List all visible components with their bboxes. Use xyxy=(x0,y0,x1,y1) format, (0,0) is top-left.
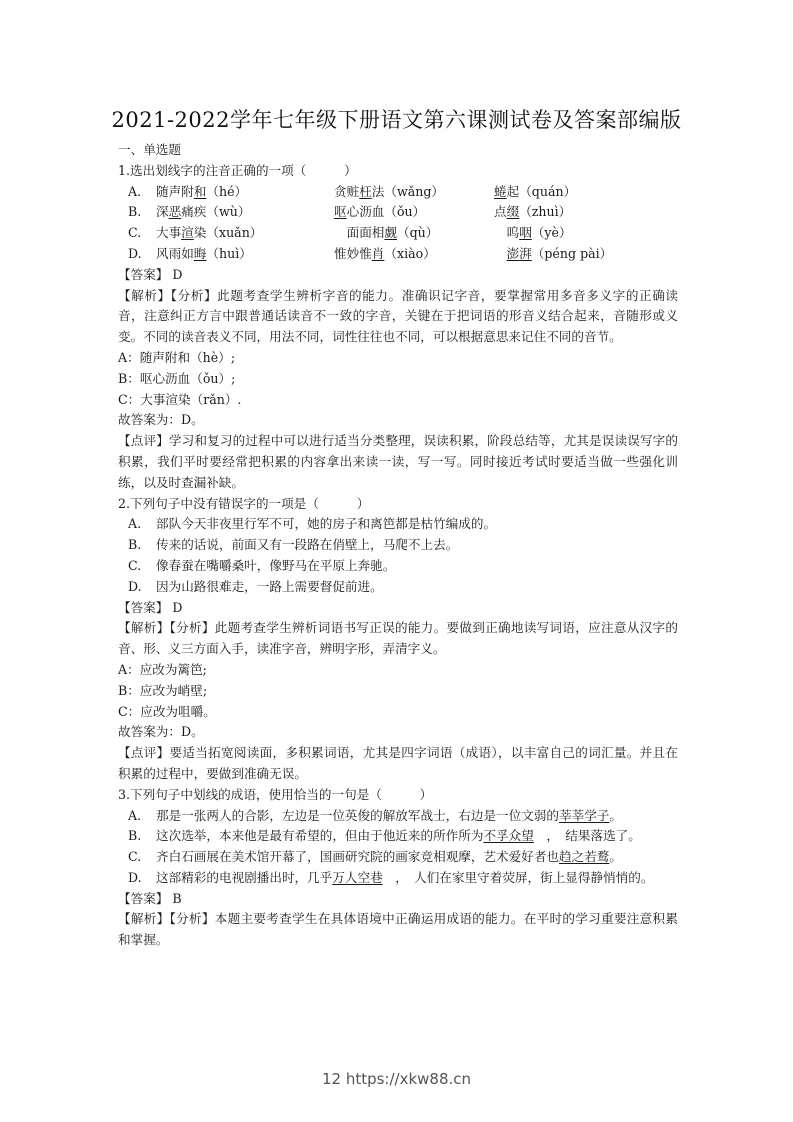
option-pinyin: （yè） xyxy=(532,225,572,240)
question-2-analysis: 【解析】【分析】此题考查学生辨析词语书写正误的能力。要做到正确地读写词语，应注意… xyxy=(118,618,678,660)
section-heading: 一、单选题 xyxy=(118,140,678,161)
page-footer: 12 https://xkw88.cn xyxy=(0,1070,793,1088)
option-label: C. xyxy=(118,223,156,244)
option-text: 传来的话说，前面又有一段路在俏壁上，马爬不上去。 xyxy=(156,535,678,556)
option-row: B.深恶痛疾（wù）呕心沥血（ǒu）点缀（zhuì） xyxy=(118,202,678,223)
question-1-note-c: C：大事渲染（rǎn）. xyxy=(118,390,678,411)
question-1-answer: 【答案】 D xyxy=(118,265,678,286)
question-3-analysis: 【解析】【分析】本题主要考查学生在具体语境中正确运用成语的能力。在平时的学习重要… xyxy=(118,909,678,951)
option-item: 贪赃枉法（wǎng） xyxy=(334,182,494,203)
option-row: D.风雨如晦（huì） 惟妙惟肖（xiào） 澎湃（péng pài） xyxy=(118,244,678,265)
question-2-note-c: C：应改为咀嚼。 xyxy=(118,702,678,723)
option-label: B. xyxy=(118,202,156,223)
option-text: 像春蚕在嘴嚼桑叶，像野马在平原上奔驰。 xyxy=(156,556,678,577)
underlined-idiom: 万人空巷 xyxy=(332,870,382,885)
option-item: 随声附和（hé） xyxy=(156,182,334,203)
option-text: 部队今天非夜里行军不可，她的房子和离笆都是枯竹编成的。 xyxy=(156,514,678,535)
question-2-answer: 【答案】 D xyxy=(118,598,678,619)
option-text: 随声附 xyxy=(156,184,194,199)
option-text: 面面相 xyxy=(334,225,384,240)
question-1-note-b: B：呕心沥血（ǒu）; xyxy=(118,369,678,390)
option-row: C.大事渲染（xuǎn） 面面相觑（qù） 呜咽（yè） xyxy=(118,223,678,244)
option-pinyin: 染（xuǎn） xyxy=(194,225,263,240)
underlined-char: 和 xyxy=(194,184,207,199)
option-text: ， 人们在家里守着荧屏，街上显得静悄悄的。 xyxy=(383,870,654,885)
option-row: A.部队今天非夜里行军不可，她的房子和离笆都是枯竹编成的。 xyxy=(118,514,678,535)
option-item: 蜷起（quán） xyxy=(494,182,576,203)
option-label: C. xyxy=(128,847,156,868)
question-2-options: A.部队今天非夜里行军不可，她的房子和离笆都是枯竹编成的。B.传来的话说，前面又… xyxy=(118,514,678,597)
question-1-conclusion: 故答案为：D。 xyxy=(118,410,678,431)
question-1-stem: 1.选出划线字的注音正确的一项（ ） xyxy=(118,161,678,182)
underlined-char: 枉 xyxy=(359,184,372,199)
option-item: 呕心沥血（ǒu） xyxy=(334,202,494,223)
option-pinyin: （hé） xyxy=(206,184,247,199)
option-item: 面面相觑（qù） xyxy=(334,223,494,244)
document-page: 2021-2022学年七年级下册语文第六课测试卷及答案部编版 一、单选题 1.选… xyxy=(0,0,793,1122)
question-1-comment: 【点评】学习和复习的过程中可以进行适当分类整理，误读积累，阶段总结等，尤其是误读… xyxy=(118,431,678,493)
document-title: 2021-2022学年七年级下册语文第六课测试卷及答案部编版 xyxy=(0,104,793,134)
underlined-char: 肖 xyxy=(372,246,385,261)
option-text: 那是一张两人的合影，左边是一位英俊的解放军战士，右边是一位文弱的 xyxy=(156,808,559,823)
option-text: 这次选举，本来他是最有希望的，但由于他近来的所作所为 xyxy=(156,828,483,843)
underlined-char: 呕 xyxy=(334,204,347,219)
option-row: A.那是一张两人的合影，左边是一位英俊的解放军战士，右边是一位文弱的莘莘学子。 xyxy=(118,806,678,827)
question-3-options: A.那是一张两人的合影，左边是一位英俊的解放军战士，右边是一位文弱的莘莘学子。B… xyxy=(118,806,678,889)
underlined-char: 缀 xyxy=(507,204,520,219)
option-text xyxy=(494,246,507,261)
option-pinyin: （péng pài） xyxy=(532,246,612,261)
option-text: 点 xyxy=(494,204,507,219)
option-text: 这部精彩的电视剧播出时，几乎 xyxy=(156,870,332,885)
option-text: 。 xyxy=(609,849,622,864)
option-item: 深恶痛疾（wù） xyxy=(156,202,334,223)
option-item: 大事渲染（xuǎn） xyxy=(156,223,334,244)
question-2-comment: 【点评】要适当拓宽阅读面，多积累词语，尤其是四字词语（成语），以丰富自己的词汇量… xyxy=(118,743,678,785)
option-row: D.因为山路很难走，一路上需要督促前进。 xyxy=(118,577,678,598)
option-item: 呜咽（yè） xyxy=(494,223,572,244)
option-row: D.这部精彩的电视剧播出时，几乎万人空巷 ， 人们在家里守着荧屏，街上显得静悄悄… xyxy=(118,868,678,889)
question-2-note-a: A：应改为篱笆; xyxy=(118,660,678,681)
option-text: 深 xyxy=(156,204,169,219)
option-pinyin: （qù） xyxy=(397,225,438,240)
option-pinyin: 法（wǎng） xyxy=(372,184,444,199)
option-label: D. xyxy=(118,244,156,265)
underlined-idiom: 趋之若鹜 xyxy=(559,849,609,864)
option-text: 大事 xyxy=(156,225,181,240)
option-pinyin: （zhuì） xyxy=(519,204,571,219)
option-row: B.传来的话说，前面又有一段路在俏壁上，马爬不上去。 xyxy=(118,535,678,556)
option-text: 齐白石画展在美术馆开幕了，国画研究院的画家竞相观摩，艺术爱好者也 xyxy=(156,849,559,864)
option-text: 惟妙惟 xyxy=(334,246,372,261)
option-text: 贪赃 xyxy=(334,184,359,199)
question-2-conclusion: 故答案为：D。 xyxy=(118,722,678,743)
option-item: 澎湃（péng pài） xyxy=(494,244,612,265)
underlined-idiom: 不孚众望 xyxy=(483,828,533,843)
document-body: 一、单选题 1.选出划线字的注音正确的一项（ ） A.随声附和（hé）贪赃枉法（… xyxy=(118,140,678,951)
option-text: 。 xyxy=(609,808,622,823)
option-pinyin: 痛疾（wù） xyxy=(181,204,250,219)
option-label: A. xyxy=(118,514,156,535)
option-text: 风雨如 xyxy=(156,246,194,261)
underlined-char: 咽 xyxy=(519,225,532,240)
question-1-analysis: 【解析】【分析】此题考查学生辨析字音的能力。准确识记字音，要掌握常用多音多义字的… xyxy=(118,286,678,348)
option-pinyin: （huì） xyxy=(206,246,251,261)
underlined-idiom: 莘莘学子 xyxy=(559,808,609,823)
option-text: 呜 xyxy=(494,225,519,240)
question-1-note-a: A：随声附和（hè）; xyxy=(118,348,678,369)
underlined-char: 恶 xyxy=(169,204,182,219)
option-label: D. xyxy=(128,868,156,889)
option-pinyin: 心沥血（ǒu） xyxy=(347,204,426,219)
option-label: B. xyxy=(118,535,156,556)
option-label: C. xyxy=(118,556,156,577)
option-row: B.这次选举，本来他是最有希望的，但由于他近来的所作所为不孚众望 ， 结果落选了… xyxy=(118,826,678,847)
option-pinyin: 起（quán） xyxy=(507,184,577,199)
question-1-options: A.随声附和（hé）贪赃枉法（wǎng）蜷起（quán）B.深恶痛疾（wù）呕心… xyxy=(118,182,678,265)
question-3-stem: 3.下列句子中划线的成语，使用恰当的一句是（ ） xyxy=(118,785,678,806)
option-row: C.齐白石画展在美术馆开幕了，国画研究院的画家竞相观摩，艺术爱好者也趋之若鹜。 xyxy=(118,847,678,868)
option-label: A. xyxy=(128,806,156,827)
option-item: 点缀（zhuì） xyxy=(494,202,571,223)
option-item: 风雨如晦（huì） xyxy=(156,244,334,265)
option-label: B. xyxy=(128,826,156,847)
option-text: 因为山路很难走，一路上需要督促前进。 xyxy=(156,577,678,598)
underlined-char: 觑 xyxy=(384,225,397,240)
option-label: D. xyxy=(118,577,156,598)
option-label: A. xyxy=(118,182,156,203)
option-row: A.随声附和（hé）贪赃枉法（wǎng）蜷起（quán） xyxy=(118,182,678,203)
question-2-stem: 2.下列句子中没有错误字的一项是（ ） xyxy=(118,494,678,515)
underlined-char: 蜷 xyxy=(494,184,507,199)
underlined-char: 渲 xyxy=(181,225,194,240)
option-text: ， 结果落选了。 xyxy=(534,828,641,843)
option-pinyin: （xiào） xyxy=(384,246,435,261)
question-3-answer: 【答案】 B xyxy=(118,889,678,910)
question-2-note-b: B：应改为峭壁; xyxy=(118,681,678,702)
underlined-char: 澎湃 xyxy=(507,246,532,261)
underlined-char: 晦 xyxy=(194,246,207,261)
option-row: C.像春蚕在嘴嚼桑叶，像野马在平原上奔驰。 xyxy=(118,556,678,577)
option-item: 惟妙惟肖（xiào） xyxy=(334,244,494,265)
